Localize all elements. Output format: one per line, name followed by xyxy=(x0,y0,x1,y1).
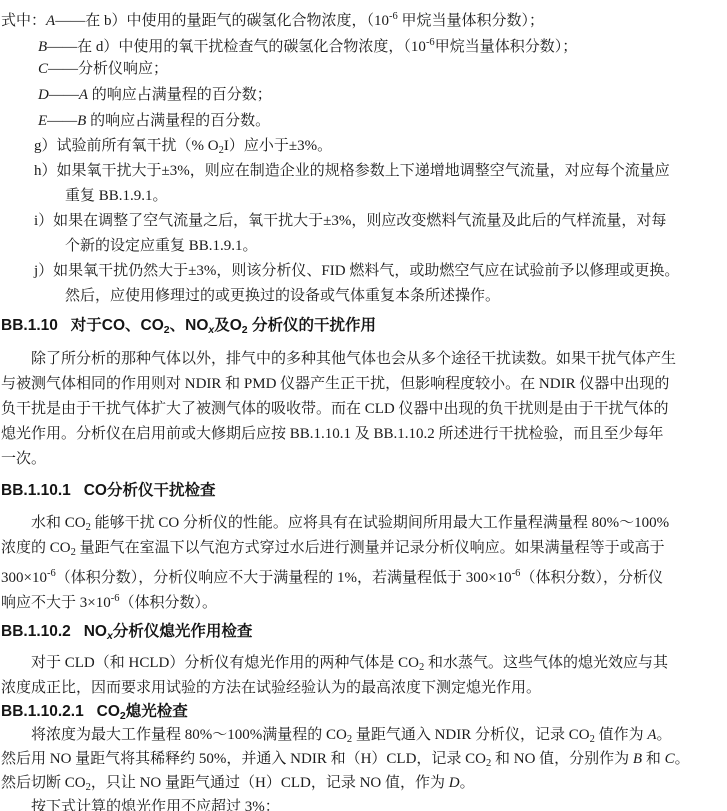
text-run: 的响应占满量程的百分数； xyxy=(88,87,272,103)
text-line: j）如果氧干扰仍然大于±3%，则该分析仪、FID 燃料气，或助燃空气应在试验前予… xyxy=(1,259,727,284)
text-run: （体积分数）。 xyxy=(119,595,217,611)
text-run: 除了所分析的那种气体以外，排气中的多种其他气体也会从多个途径干扰读数。如果干扰气… xyxy=(31,351,676,367)
text-run: 式中： xyxy=(1,13,46,29)
text-run: 将浓度为最大工作量程 80%～100%满量程的 CO xyxy=(31,727,347,743)
italic-variable: E xyxy=(38,113,47,129)
text-run: 与被测气体相同的作用则对 NDIR 和 PMD 仪器产生正干扰，但影响程度较小。… xyxy=(1,376,669,392)
text-run: 的响应占满量程的百分数。 xyxy=(86,113,270,129)
text-run: h）如果氧干扰大于±3%，则应在制造企业的规格参数上下递增地调整空气流量，对应每… xyxy=(34,163,670,179)
text-run: —— xyxy=(49,87,79,103)
text-line: 浓度成正比，因而要求用试验的方法在试验经验认为的最高浓度下测定熄光作用。 xyxy=(1,676,727,701)
para-nox-quench: 对于 CLD（和 HCLD）分析仪有熄光作用的两种气体是 CO2 和水蒸气。这些… xyxy=(1,651,727,701)
italic-variable: A xyxy=(79,87,88,103)
italic-variable: B xyxy=(77,113,86,129)
para-interference: 除了所分析的那种气体以外，排气中的多种其他气体也会从多个途径干扰读数。如果干扰气… xyxy=(1,347,727,472)
text-line: 将浓度为最大工作量程 80%～100%满量程的 CO2 量距气通入 NDIR 分… xyxy=(1,723,727,747)
heading-bb-1-10: BB.1.10 对于CO、CO2、NOx及O2 分析仪的干扰作用 xyxy=(1,313,727,338)
italic-variable: D xyxy=(449,775,460,791)
heading-line: BB.1.10.2.1 CO2熄光检查 xyxy=(1,701,727,723)
text-run: ——在 b）中使用的量距气的碳氢化合物浓度，（10 xyxy=(55,13,389,29)
heading-line: BB.1.10.1 CO分析仪干扰检查 xyxy=(1,478,727,503)
para-co2-quench: 将浓度为最大工作量程 80%～100%满量程的 CO2 量距气通入 NDIR 分… xyxy=(1,723,727,811)
text-run: 熄光检查 xyxy=(126,703,188,720)
text-run: ——分析仪响应； xyxy=(48,61,168,77)
text-run: BB.1.10.2 NO xyxy=(1,623,107,640)
text-run: 分析仪熄光作用检查 xyxy=(113,623,253,640)
text-line: 负干扰是由于干扰气体扩大了被测气体的吸收带。而在 CLD 仪器中出现的负干扰则是… xyxy=(1,397,727,422)
text-line: 浓度的 CO2 量距气在室温下以气泡方式穿过水后进行测量并记录分析仪响应。如果满… xyxy=(1,536,727,561)
italic-variable: A xyxy=(647,727,656,743)
text-run: （体积分数），分析仪响应不大于满量程的 1%，若满量程低于 300×10 xyxy=(56,570,512,586)
text-run: 浓度的 CO xyxy=(1,540,71,556)
text-line: 与被测气体相同的作用则对 NDIR 和 PMD 仪器产生正干扰，但影响程度较小。… xyxy=(1,372,727,397)
text-run: 量距气通入 NDIR 分析仪，记录 CO xyxy=(352,727,590,743)
text-run: 对于 CLD（和 HCLD）分析仪有熄光作用的两种气体是 CO xyxy=(31,655,419,671)
text-run: 甲烷当量体积分数）； xyxy=(398,13,544,29)
text-line: h）如果氧干扰大于±3%，则应在制造企业的规格参数上下递增地调整空气流量，对应每… xyxy=(1,159,727,184)
text-line: 水和 CO2 能够干扰 CO 分析仪的性能。应将具有在试验期间所用最大工作量程满… xyxy=(1,511,727,536)
text-line: E——B 的响应占满量程的百分数。 xyxy=(1,108,727,134)
text-line: 个新的设定应重复 BB.1.9.1。 xyxy=(1,234,727,259)
text-run: I）应小于±3%。 xyxy=(224,138,332,154)
text-run: 、NO xyxy=(170,317,209,334)
text-run: 。 xyxy=(657,727,672,743)
text-run: 及O xyxy=(214,317,242,334)
text-run: BB.1.10.2.1 CO xyxy=(1,703,120,720)
superscript: -6 xyxy=(426,37,435,48)
italic-variable: B xyxy=(633,751,642,767)
text-run: 浓度成正比，因而要求用试验的方法在试验经验认为的最高浓度下测定熄光作用。 xyxy=(1,680,541,696)
where-definitions: 式中：A——在 b）中使用的量距气的碳氢化合物浓度，（10-6 甲烷当量体积分数… xyxy=(1,4,727,134)
text-run: i）如果在调整了空气流量之后，氧干扰大于±3%，则应改变燃料气流量及此后的气样流… xyxy=(34,213,666,229)
text-run: 响应不大于 3×10 xyxy=(1,595,111,611)
heading-bb-1-10-1: BB.1.10.1 CO分析仪干扰检查 xyxy=(1,478,727,503)
text-run: 。 xyxy=(460,775,475,791)
heading-bb-1-10-2-1: BB.1.10.2.1 CO2熄光检查 xyxy=(1,701,727,723)
superscript: -6 xyxy=(389,11,398,22)
heading-line: BB.1.10 对于CO、CO2、NOx及O2 分析仪的干扰作用 xyxy=(1,313,727,338)
text-line: 除了所分析的那种气体以外，排气中的多种其他气体也会从多个途径干扰读数。如果干扰气… xyxy=(1,347,727,372)
text-run: 然后切断 CO xyxy=(1,775,86,791)
italic-variable: D xyxy=(38,87,49,103)
heading-bb-1-10-2: BB.1.10.2 NOx分析仪熄光作用检查 xyxy=(1,619,727,644)
text-line: 对于 CLD（和 HCLD）分析仪有熄光作用的两种气体是 CO2 和水蒸气。这些… xyxy=(1,651,727,676)
text-line: 然后用 NO 量距气将其稀释约 50%，并通入 NDIR 和（H）CLD，记录 … xyxy=(1,747,727,771)
procedure-items: g）试验前所有氧干扰（% O2I）应小于±3%。h）如果氧干扰大于±3%，则应在… xyxy=(1,134,727,309)
text-run: 然后用 NO 量距气将其稀释约 50%，并通入 NDIR 和（H）CLD，记录 … xyxy=(1,751,486,767)
text-run: 一次。 xyxy=(1,451,46,467)
document-page: 式中：A——在 b）中使用的量距气的碳氢化合物浓度，（10-6 甲烷当量体积分数… xyxy=(0,0,727,811)
text-run: 和水蒸气。这些气体的熄光效应与其 xyxy=(424,655,668,671)
italic-variable: C xyxy=(665,751,675,767)
text-run: 个新的设定应重复 BB.1.9.1。 xyxy=(65,238,258,254)
text-line: 然后，应使用修理过的或更换过的设备或气体重复本条所述操作。 xyxy=(1,284,727,309)
text-run: BB.1.10.1 CO分析仪干扰检查 xyxy=(1,482,215,499)
text-run: 重复 BB.1.9.1。 xyxy=(65,188,168,204)
text-line: 重复 BB.1.9.1。 xyxy=(1,184,727,209)
text-run: j）如果氧干扰仍然大于±3%，则该分析仪、FID 燃料气，或助燃空气应在试验前予… xyxy=(34,263,679,279)
text-run: 和 xyxy=(642,751,665,767)
text-run: 量距气在室温下以气泡方式穿过水后进行测量并记录分析仪响应。如果满量程等于或高于 xyxy=(76,540,665,556)
text-run: 和 NO 值，分别作为 xyxy=(491,751,633,767)
text-line: 响应不大于 3×10-6（体积分数）。 xyxy=(1,586,727,611)
text-run: 按下式计算的熄光作用不应超过 3%： xyxy=(31,799,280,811)
text-run: （体积分数），分析仪 xyxy=(520,570,663,586)
text-run: 300×10 xyxy=(1,570,47,586)
text-line: 按下式计算的熄光作用不应超过 3%： xyxy=(1,795,727,811)
italic-variable: B xyxy=(38,39,47,55)
text-run: ，只让 NO 量距气通过（H）CLD，记录 NO 值，作为 xyxy=(91,775,449,791)
superscript: -6 xyxy=(47,568,56,579)
italic-variable: C xyxy=(38,61,48,77)
text-line: 然后切断 CO2，只让 NO 量距气通过（H）CLD，记录 NO 值，作为 D。 xyxy=(1,771,727,795)
text-run: 。 xyxy=(675,751,690,767)
text-line: 300×10-6（体积分数），分析仪响应不大于满量程的 1%，若满量程低于 30… xyxy=(1,561,727,586)
text-line: B——在 d）中使用的氧干扰检查气的碳氢化合物浓度，（10-6甲烷当量体积分数）… xyxy=(1,30,727,56)
text-line: g）试验前所有氧干扰（% O2I）应小于±3%。 xyxy=(1,134,727,159)
text-run: 甲烷当量体积分数）； xyxy=(435,39,578,55)
text-line: 熄光作用。分析仪在启用前或大修期后应按 BB.1.10.1 及 BB.1.10.… xyxy=(1,422,727,447)
heading-line: BB.1.10.2 NOx分析仪熄光作用检查 xyxy=(1,619,727,644)
text-line: 式中：A——在 b）中使用的量距气的碳氢化合物浓度，（10-6 甲烷当量体积分数… xyxy=(1,4,727,30)
text-run: 水和 CO xyxy=(31,515,86,531)
text-run: g）试验前所有氧干扰（% O xyxy=(34,138,219,154)
text-run: 然后，应使用修理过的或更换过的设备或气体重复本条所述操作。 xyxy=(65,288,500,304)
text-line: i）如果在调整了空气流量之后，氧干扰大于±3%，则应改变燃料气流量及此后的气样流… xyxy=(1,209,727,234)
italic-variable: A xyxy=(46,13,55,29)
text-run: BB.1.10 对于CO、CO xyxy=(1,317,164,334)
text-run: 负干扰是由于干扰气体扩大了被测气体的吸收带。而在 CLD 仪器中出现的负干扰则是… xyxy=(1,401,669,417)
text-line: 一次。 xyxy=(1,447,727,472)
text-line: D——A 的响应占满量程的百分数； xyxy=(1,82,727,108)
text-run: 值作为 xyxy=(595,727,648,743)
para-co-check: 水和 CO2 能够干扰 CO 分析仪的性能。应将具有在试验期间所用最大工作量程满… xyxy=(1,511,727,611)
text-run: 能够干扰 CO 分析仪的性能。应将具有在试验期间所用最大工作量程满量程 80%～… xyxy=(91,515,669,531)
text-run: 分析仪的干扰作用 xyxy=(248,317,376,334)
text-run: ——在 d）中使用的氧干扰检查气的碳氢化合物浓度，（10 xyxy=(47,39,426,55)
text-line: C——分析仪响应； xyxy=(1,56,727,82)
text-run: —— xyxy=(47,113,77,129)
text-run: 熄光作用。分析仪在启用前或大修期后应按 BB.1.10.1 及 BB.1.10.… xyxy=(1,426,664,442)
